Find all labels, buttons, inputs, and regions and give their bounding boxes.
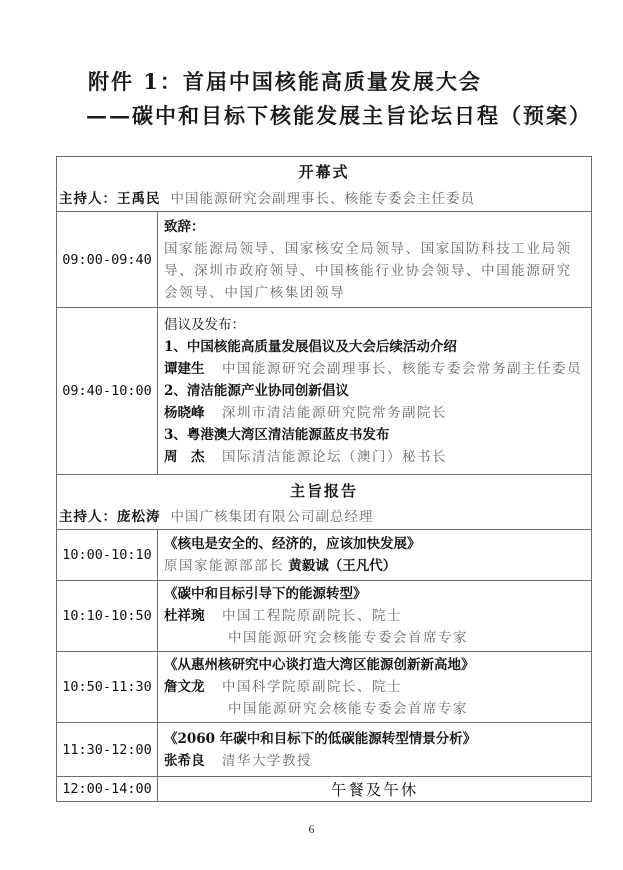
table-row: 11:30-12:00 《2060 年碳中和目标下的低碳能源转型情景分析》 张希…: [57, 723, 592, 777]
speaker-name: 黄毅诚（王凡代）: [288, 558, 396, 574]
speaker-name: 张希良: [164, 750, 222, 772]
table-row: 09:40-10:00 倡议及发布： 1、中国核能高质量发展倡议及大会后续活动介…: [57, 308, 592, 475]
session-time: 09:40-10:00: [57, 308, 158, 475]
session-content: 《核电是安全的、经济的，应该加快发展》 原国家能源部部长 黄毅诚（王凡代）: [158, 530, 592, 581]
section-header-row: 开幕式: [57, 157, 592, 183]
speaker-desc: 中国能源研究会核能专委会首席专家: [164, 698, 585, 720]
speaker-name: 詹文龙: [164, 676, 222, 698]
session-content: 《从惠州核研究中心谈打造大湾区能源创新新高地》 詹文龙中国科学院原副院长、院士 …: [158, 652, 592, 723]
speaker-name: 杨晓峰: [164, 402, 222, 424]
session-time: 09:00-09:40: [57, 212, 158, 308]
document-title-line2: ——碳中和目标下核能发展主旨论坛日程（预案）: [86, 100, 592, 130]
document-title-line1: 附件 1：首届中国核能高质量发展大会: [88, 66, 482, 96]
session-heading: 倡议及发布：: [164, 314, 585, 336]
session-time: 10:00-10:10: [57, 530, 158, 581]
talk-title: 《2060 年碳中和目标下的低碳能源转型情景分析》: [164, 728, 585, 750]
speaker-name: 谭建生: [164, 358, 222, 380]
session-content: 《碳中和目标引导下的能源转型》 杜祥琬中国工程院原副院长、院士 中国能源研究会核…: [158, 581, 592, 652]
host-row: 主持人：王禹民中国能源研究会副理事长、核能专委会主任委员: [57, 183, 592, 212]
speaker-desc: 原国家能源部部长: [164, 558, 284, 574]
session-time: 11:30-12:00: [57, 723, 158, 777]
session-heading: 致辞：: [164, 216, 585, 238]
speaker-name: 杜祥琬: [164, 605, 222, 627]
speaker-desc: 国际清洁能源论坛（澳门）秘书长: [222, 449, 447, 465]
talk-title: 《从惠州核研究中心谈打造大湾区能源创新新高地》: [164, 654, 585, 676]
table-row: 10:00-10:10 《核电是安全的、经济的，应该加快发展》 原国家能源部部长…: [57, 530, 592, 581]
item-title: 1、中国核能高质量发展倡议及大会后续活动介绍: [164, 336, 585, 358]
table-row: 10:10-10:50 《碳中和目标引导下的能源转型》 杜祥琬中国工程院原副院长…: [57, 581, 592, 652]
host-label: 主持人：王禹民: [59, 191, 161, 207]
session-time: 10:50-11:30: [57, 652, 158, 723]
host-desc: 中国能源研究会副理事长、核能专委会主任委员: [171, 191, 476, 207]
table-row: 12:00-14:00 午餐及午休: [57, 777, 592, 802]
speaker-desc: 中国科学院原副院长、院士: [222, 679, 402, 695]
item-title: 2、清洁能源产业协同创新倡议: [164, 380, 585, 402]
host-label: 主持人：庞松涛: [59, 509, 161, 525]
speaker-desc: 中国能源研究会副理事长、核能专委会常务副主任委员: [222, 361, 582, 377]
speaker-desc: 中国工程院原副院长、院士: [222, 608, 402, 624]
section-title-keynote: 主旨报告: [57, 475, 592, 502]
session-content: 《2060 年碳中和目标下的低碳能源转型情景分析》 张希良清华大学教授: [158, 723, 592, 777]
session-content: 致辞： 国家能源局领导、国家核安全局领导、国家国防科技工业局领导、深圳市政府领导…: [158, 212, 592, 308]
session-text: 国家能源局领导、国家核安全局领导、国家国防科技工业局领导、深圳市政府领导、中国核…: [164, 238, 585, 304]
session-time: 10:10-10:50: [57, 581, 158, 652]
speaker-desc: 中国能源研究会核能专委会首席专家: [164, 627, 585, 649]
host-info-opening: 主持人：王禹民中国能源研究会副理事长、核能专委会主任委员: [57, 183, 592, 212]
lunch-label: 午餐及午休: [158, 777, 592, 802]
speaker-desc: 清华大学教授: [222, 753, 312, 769]
table-row: 10:50-11:30 《从惠州核研究中心谈打造大湾区能源创新新高地》 詹文龙中…: [57, 652, 592, 723]
talk-title: 《碳中和目标引导下的能源转型》: [164, 583, 585, 605]
host-row: 主持人：庞松涛中国广核集团有限公司副总经理: [57, 502, 592, 530]
schedule-table: 开幕式 主持人：王禹民中国能源研究会副理事长、核能专委会主任委员 09:00-0…: [56, 156, 592, 802]
session-time: 12:00-14:00: [57, 777, 158, 802]
host-info-keynote: 主持人：庞松涛中国广核集团有限公司副总经理: [57, 502, 592, 530]
item-title: 3、粤港澳大湾区清洁能源蓝皮书发布: [164, 424, 585, 446]
speaker-name: 周 杰: [164, 446, 222, 468]
section-header-row: 主旨报告: [57, 475, 592, 502]
table-row: 09:00-09:40 致辞： 国家能源局领导、国家核安全局领导、国家国防科技工…: [57, 212, 592, 308]
speaker-desc: 深圳市清洁能源研究院常务副院长: [222, 405, 447, 421]
host-desc: 中国广核集团有限公司副总经理: [171, 509, 374, 525]
talk-title: 《核电是安全的、经济的，应该加快发展》: [164, 533, 585, 555]
session-content: 倡议及发布： 1、中国核能高质量发展倡议及大会后续活动介绍 谭建生中国能源研究会…: [158, 308, 592, 475]
section-title-opening: 开幕式: [57, 157, 592, 183]
page-number: 6: [0, 822, 623, 837]
